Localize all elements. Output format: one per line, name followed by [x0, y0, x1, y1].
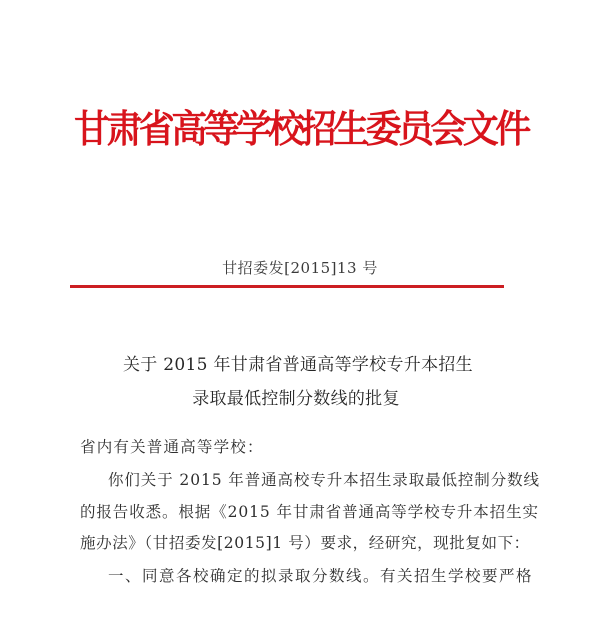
red-divider-rule	[70, 285, 504, 288]
document-page: 甘肃省高等学校招生委员会文件 甘招委发[2015]13 号 关于 2015 年甘…	[0, 0, 600, 626]
body-paragraph-line-4: 一、同意各校确定的拟录取分数线。有关招生学校要严格	[108, 566, 533, 586]
body-paragraph-line-1: 你们关于 2015 年普通高校专升本招生录取最低控制分数线	[108, 470, 540, 490]
document-title-line-2: 录取最低控制分数线的批复	[0, 384, 596, 409]
document-number: 甘招委发[2015]13 号	[0, 258, 600, 278]
body-paragraph-line-2: 的报告收悉。根据《2015 年甘肃省普通高等学校专升本招生实	[80, 502, 539, 522]
salutation: 省内有关普通高等学校：	[80, 437, 264, 457]
document-title-line-1: 关于 2015 年甘肃省普通高等学校专升本招生	[0, 350, 598, 375]
body-paragraph-line-3: 施办法》（甘招委发[2015]1 号）要求，经研究，现批复如下：	[80, 533, 530, 553]
masthead-title: 甘肃省高等学校招生委员会文件	[74, 104, 514, 157]
